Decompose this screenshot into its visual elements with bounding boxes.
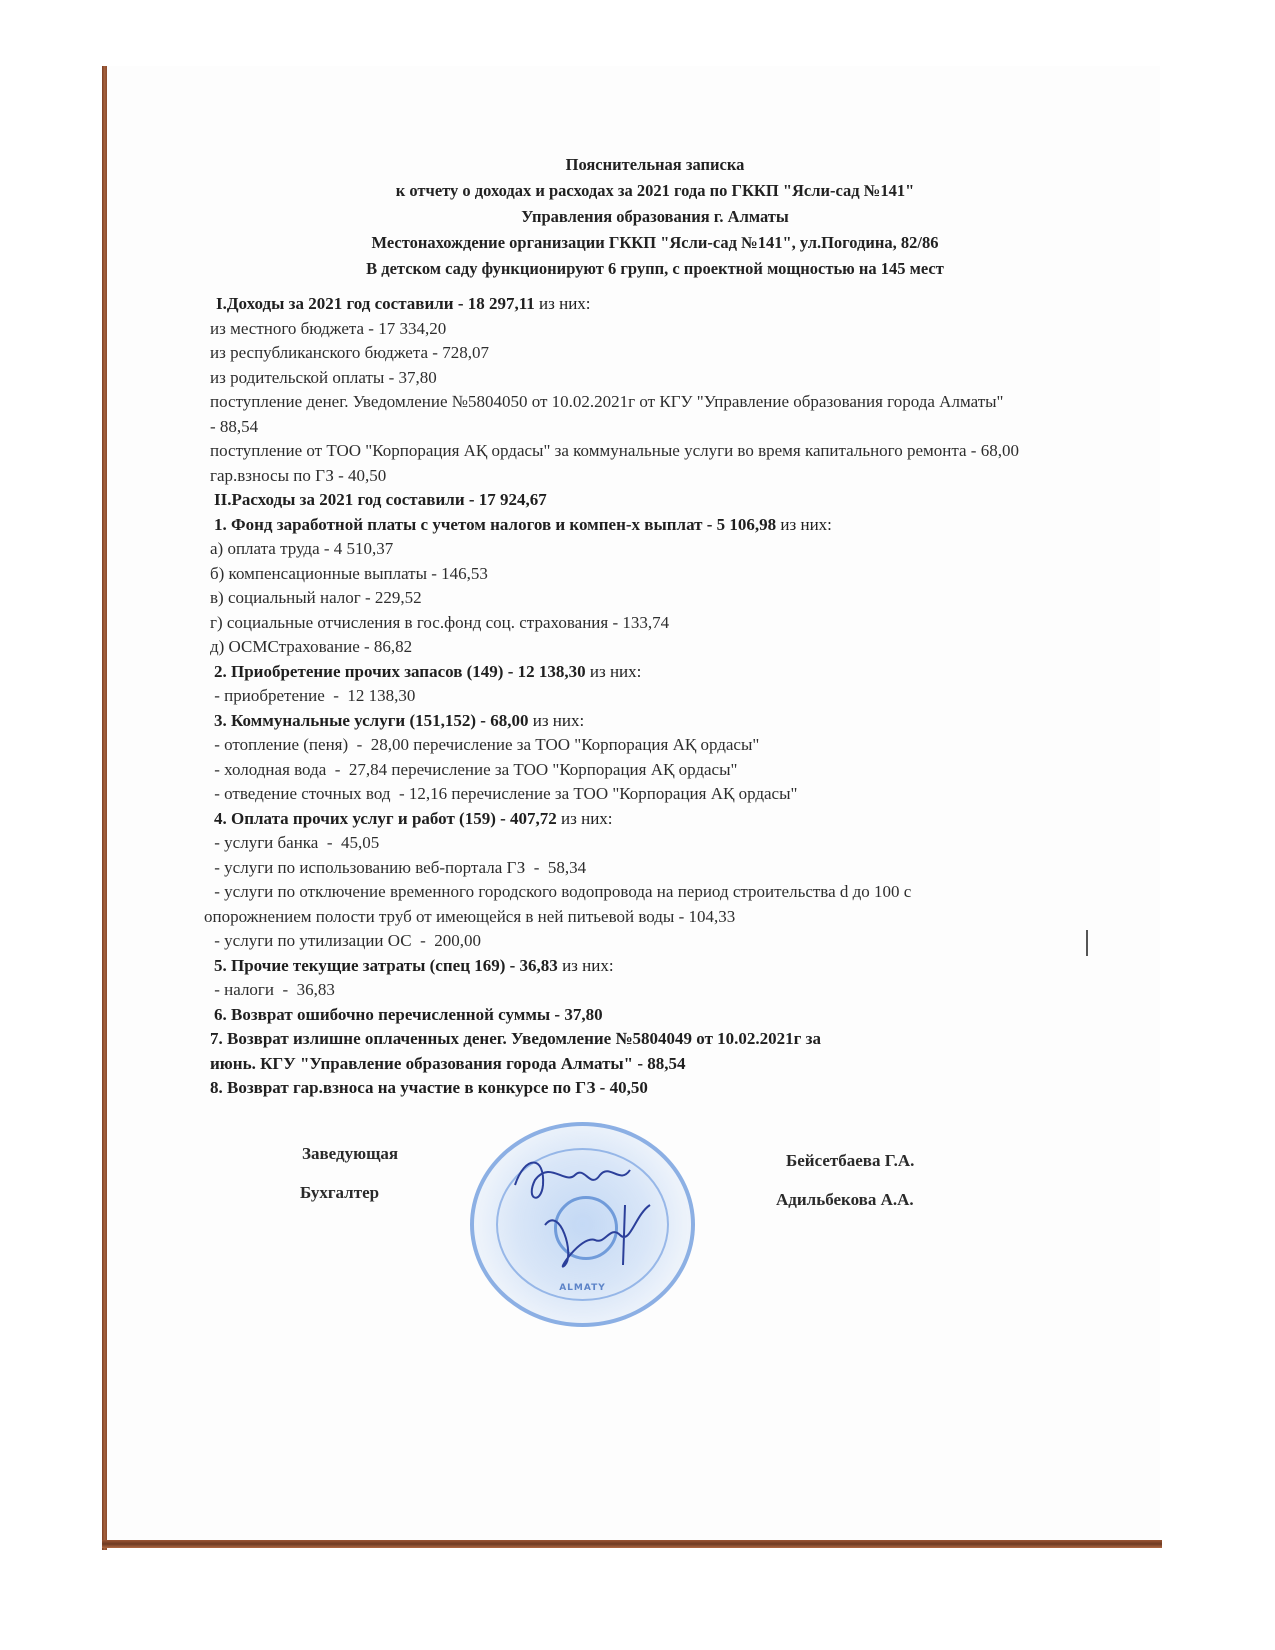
expense-item: - приобретение - 12 138,30 [210, 684, 1070, 709]
expense-item: в) социальный налог - 229,52 [210, 586, 1070, 611]
expense-item-7-line2: июнь. КГУ "Управление образования города… [210, 1052, 1070, 1077]
section-4-total: 4. Оплата прочих услуг и работ (159) - 4… [214, 809, 557, 828]
income-heading: I.Доходы за 2021 год составили - 18 297,… [210, 292, 1070, 317]
expenses-heading: II.Расходы за 2021 год составили - 17 92… [210, 488, 1070, 513]
expense-item: - отопление (пеня) - 28,00 перечисление … [210, 733, 1070, 758]
expense-item-continuation: опорожнением полости труб от имеющейся в… [204, 905, 1070, 930]
expense-item-6: 6. Возврат ошибочно перечисленной суммы … [210, 1003, 1070, 1028]
section-3-total: 3. Коммунальные услуги (151,152) - 68,00 [214, 711, 528, 730]
document-header: Пояснительная записка к отчету о доходах… [290, 152, 1020, 282]
expense-item: б) компенсационные выплаты - 146,53 [210, 562, 1070, 587]
expense-section-heading: 4. Оплата прочих услуг и работ (159) - 4… [210, 807, 1070, 832]
income-item: поступление от ТОО "Корпорация АҚ ордасы… [210, 439, 1020, 464]
scan-mark [1086, 930, 1088, 956]
section-suffix: из них: [557, 809, 613, 828]
accountant-title: Бухгалтер [300, 1183, 379, 1203]
accountant-name: Адильбекова А.А. [776, 1190, 914, 1210]
income-item: из родительской оплаты - 37,80 [210, 366, 1070, 391]
header-department: Управления образования г. Алматы [290, 204, 1020, 230]
header-subtitle: к отчету о доходах и расходах за 2021 го… [290, 178, 1020, 204]
income-total: I.Доходы за 2021 год составили - 18 297,… [216, 294, 535, 313]
section-suffix: из них: [528, 711, 584, 730]
expense-item: - услуги по утилизации ОС - 200,00 [210, 929, 1070, 954]
expense-item: а) оплата труда - 4 510,37 [210, 537, 1070, 562]
section-suffix: из них: [558, 956, 614, 975]
section-5-total: 5. Прочие текущие затраты (спец 169) - 3… [214, 956, 558, 975]
section-1-total: 1. Фонд заработной платы с учетом налого… [214, 515, 776, 534]
expense-item: - услуги банка - 45,05 [210, 831, 1070, 856]
expense-item: - холодная вода - 27,84 перечисление за … [210, 758, 1070, 783]
header-location: Местонахождение организации ГККП "Ясли-с… [290, 230, 1020, 256]
head-title: Заведующая [302, 1144, 398, 1164]
income-suffix: из них: [535, 294, 591, 313]
head-name: Бейсетбаева Г.А. [786, 1151, 914, 1171]
signature-icon [505, 1145, 665, 1295]
section-suffix: из них: [776, 515, 832, 534]
document-title: Пояснительная записка [290, 152, 1020, 178]
document-body: I.Доходы за 2021 год составили - 18 297,… [210, 292, 1070, 1101]
expense-item: - отведение сточных вод - 12,16 перечисл… [210, 782, 1070, 807]
expense-section-heading: 5. Прочие текущие затраты (спец 169) - 3… [210, 954, 1070, 979]
expense-item: - услуги по использованию веб-портала ГЗ… [210, 856, 1070, 881]
paper-bottom-edge [102, 1540, 1162, 1548]
section-suffix: из них: [586, 662, 642, 681]
expense-item: г) социальные отчисления в гос.фонд соц.… [210, 611, 1070, 636]
expense-item-7-line1: 7. Возврат излишне оплаченных денег. Уве… [210, 1027, 1070, 1052]
section-2-total: 2. Приобретение прочих запасов (149) - 1… [214, 662, 586, 681]
expense-section-heading: 3. Коммунальные услуги (151,152) - 68,00… [210, 709, 1070, 734]
income-item: из местного бюджета - 17 334,20 [210, 317, 1070, 342]
expense-item: - налоги - 36,83 [210, 978, 1070, 1003]
expense-item: д) ОСМСтрахование - 86,82 [210, 635, 1070, 660]
income-item: гар.взносы по ГЗ - 40,50 [210, 464, 1070, 489]
income-item: из республиканского бюджета - 728,07 [210, 341, 1070, 366]
expense-item-8: 8. Возврат гар.взноса на участие в конку… [210, 1076, 1070, 1101]
expense-section-heading: 1. Фонд заработной платы с учетом налого… [210, 513, 1070, 538]
expense-item: - услуги по отключение временного городс… [210, 880, 1070, 905]
paper-left-edge [102, 66, 107, 1550]
income-item: поступление денег. Уведомление №5804050 … [210, 390, 1010, 439]
header-capacity: В детском саду функционируют 6 групп, с … [290, 256, 1020, 282]
expense-section-heading: 2. Приобретение прочих запасов (149) - 1… [210, 660, 1070, 685]
